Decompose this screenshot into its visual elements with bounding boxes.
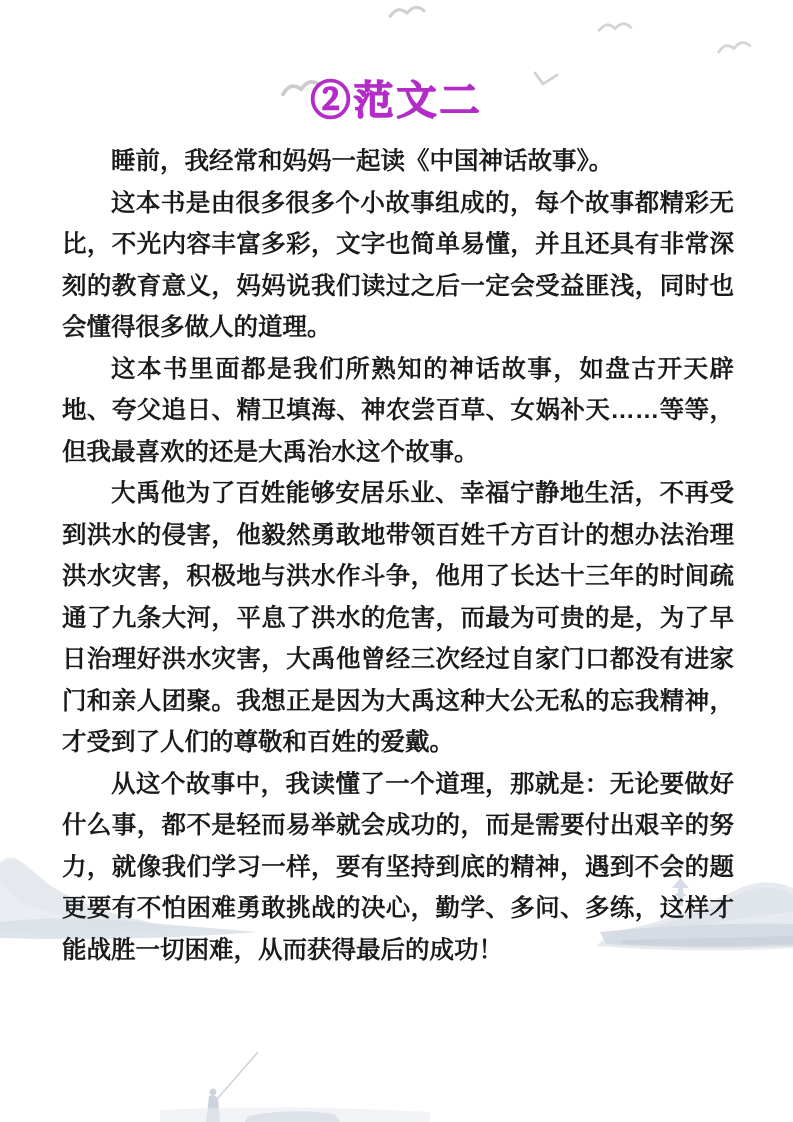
fishing-rod-icon: [218, 1052, 258, 1098]
essay-paragraph: 从这个故事中，我读懂了一个道理，那就是：无论要做好什么事，都不是轻而易举就会成功…: [62, 764, 734, 972]
essay-paragraph: 这本书是由很多很多个小故事组成的，每个故事都精彩无比，不光内容丰富多彩，文字也简…: [62, 183, 734, 349]
fisherman-watermark: [160, 1052, 430, 1122]
document-page: ②范文二 睡前，我经常和妈妈一起读《中国神话故事》。 这本书是由很多很多个小故事…: [0, 0, 793, 1122]
seagull-icon: [715, 38, 753, 57]
boat-icon: [245, 1111, 340, 1122]
seagull-icon: [387, 3, 426, 22]
essay-paragraph: 这本书里面都是我们所熟知的神话故事，如盘古开天辟地、夸父追日、精卫填海、神农尝百…: [62, 349, 734, 474]
page-title: ②范文二: [0, 78, 793, 124]
essay-paragraph: 大禹他为了百姓能够安居乐业、幸福宁静地生活，不再受到洪水的侵害，他毅然勇敢地带领…: [62, 473, 734, 764]
essay-paragraph: 睡前，我经常和妈妈一起读《中国神话故事》。: [62, 141, 734, 183]
essay-body: 睡前，我经常和妈妈一起读《中国神话故事》。 这本书是由很多很多个小故事组成的，每…: [62, 141, 734, 971]
seagull-icon: [597, 20, 633, 35]
